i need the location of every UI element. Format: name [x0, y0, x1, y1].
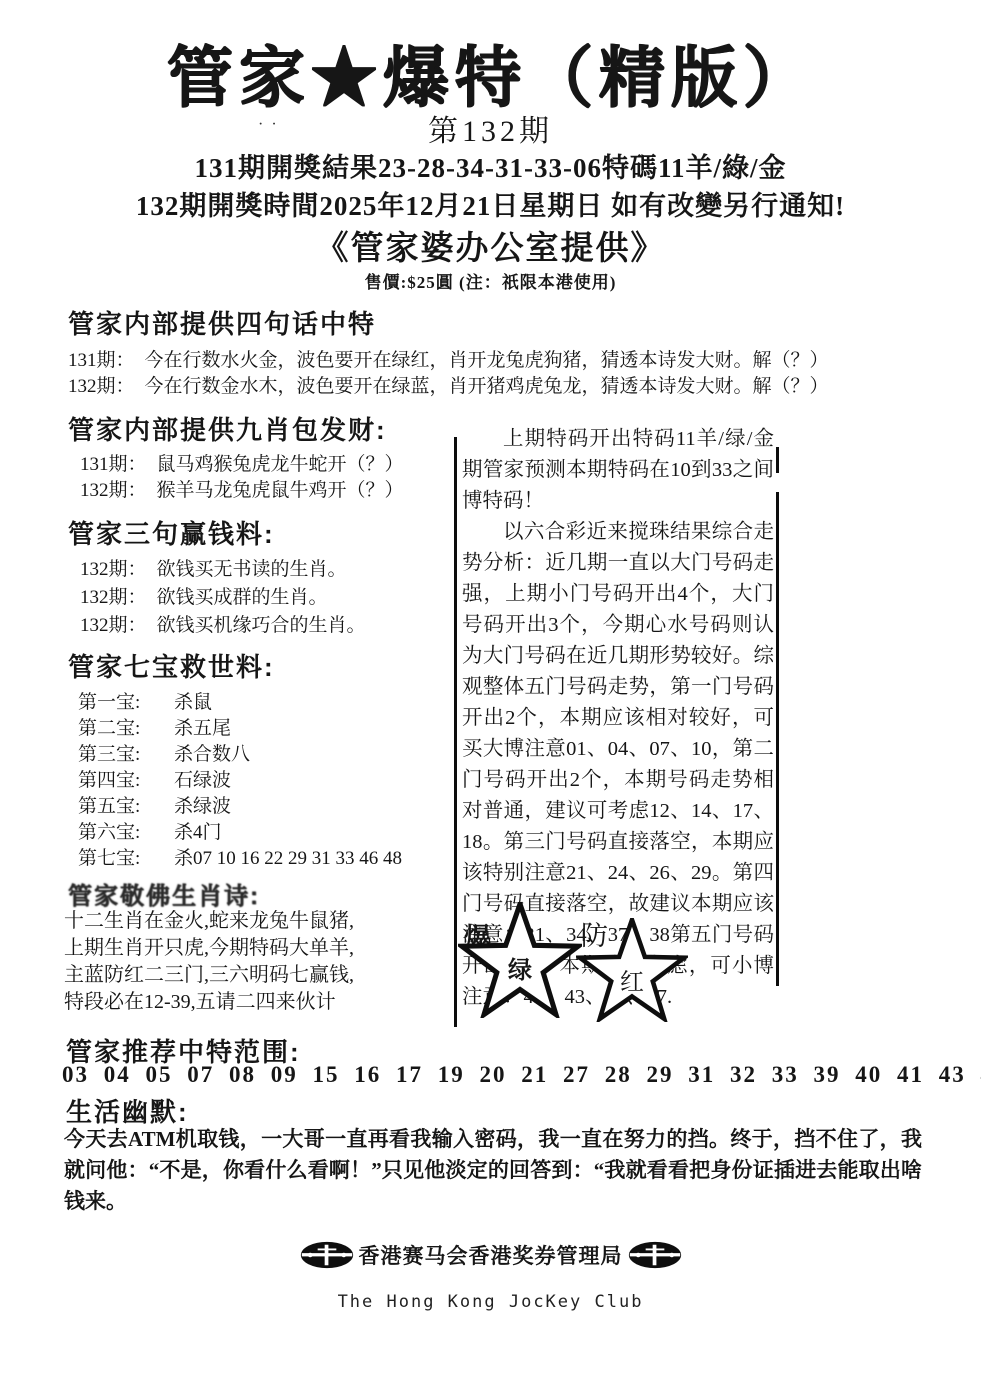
- section-title-three-sentences: 管家三句赢钱料:: [68, 514, 275, 551]
- green-star: 绿: [458, 902, 582, 1018]
- row-label: 131期：: [80, 454, 147, 475]
- treasure-row: 第四宝:石绿波: [78, 768, 402, 794]
- red-star-label: 红: [576, 962, 688, 997]
- row-text: 杀07 10 16 22 29 31 33 46 48: [174, 848, 402, 869]
- row-text: 今在行数水火金，波色要开在绿红，肖开龙兔虎狗猪，猜透本诗发大财。解（？）: [145, 350, 829, 371]
- row-text: 欲钱买无书读的生肖。: [157, 559, 347, 580]
- three-sentences-row: 132期：欲钱买成群的生肖。: [80, 584, 366, 612]
- page-title: 管家★爆特（精版）: [0, 24, 981, 119]
- poem-line: 特段必在12-39,五请二四来伙计: [64, 989, 354, 1016]
- green-star-label: 绿: [458, 950, 582, 985]
- row-text: 杀绿波: [174, 796, 231, 817]
- poem-line: 主蓝防红二三门,三六明码七赢钱,: [64, 962, 354, 989]
- footer-org-name-en: The Hong Kong JocKey Club: [0, 1292, 981, 1312]
- section-title-zodiac-poem: 管家敬佛生肖诗:: [68, 876, 260, 911]
- provider-line: 《管家婆办公室提供》: [0, 222, 981, 269]
- row-text: 杀合数八: [174, 744, 250, 765]
- treasure-row: 第五宝:杀绿波: [78, 794, 402, 820]
- four-sentences-rows: 131期：今在行数水火金，波色要开在绿红，肖开龙兔虎狗猪，猜透本诗发大财。解（？…: [68, 348, 829, 400]
- three-sentences-rows: 132期：欲钱买无书读的生肖。 132期：欲钱买成群的生肖。 132期：欲钱买机…: [80, 556, 366, 640]
- row-text: 鼠马鸡猴兔虎龙牛蛇开（？）: [157, 454, 404, 475]
- red-star: 红: [576, 918, 688, 1020]
- row-text: 欲钱买机缘巧合的生肖。: [157, 615, 366, 636]
- section-title-nine-zodiac: 管家内部提供九肖包发财:: [68, 410, 387, 447]
- zodiac-poem: 十二生肖在金火,蛇来龙兔牛鼠猪, 上期生肖开只虎,今期特码大单羊, 主蓝防红二三…: [64, 908, 354, 1016]
- analysis-paragraph-1: 上期特码开出特码11羊/绿/金期管家预测本期特码在10到33之间博特码！: [462, 424, 774, 517]
- footer-logo-row: 香港赛马会香港奖券管理局: [0, 1240, 981, 1270]
- row-label: 132期：: [68, 376, 135, 397]
- row-text: 石绿波: [174, 770, 231, 791]
- row-text: 今在行数金水木，波色要开在绿蓝，肖开猪鸡虎兔龙，猜透本诗发大财。解（？）: [145, 376, 829, 397]
- row-label: 第七宝:: [78, 846, 164, 872]
- row-text: 杀鼠: [174, 692, 212, 713]
- treasure-row: 第七宝:杀07 10 16 22 29 31 33 46 48: [78, 846, 402, 872]
- issue-number: 第132期: [0, 106, 981, 150]
- recommend-numbers: 03 04 05 07 08 09 15 16 17 19 20 21 27 2…: [62, 1062, 981, 1088]
- price-note: 售價:$25圓 (注：祇限本港使用): [0, 268, 981, 293]
- treasure-row: 第一宝:杀鼠: [78, 690, 402, 716]
- row-label: 第三宝:: [78, 742, 164, 768]
- hkjc-oval-logo-icon: [299, 1240, 355, 1270]
- poem-line: 十二生肖在金火,蛇来龙兔牛鼠猪,: [64, 908, 354, 935]
- row-label: 第五宝:: [78, 794, 164, 820]
- nine-zodiac-rows: 131期：鼠马鸡猴兔虎龙牛蛇开（？） 132期：猴羊马龙兔虎鼠牛鸡开（？）: [80, 452, 404, 504]
- row-text: 杀五尾: [174, 718, 231, 739]
- section-title-seven-treasures: 管家七宝救世料:: [68, 647, 275, 684]
- nine-zodiac-row: 131期：鼠马鸡猴兔虎龙牛蛇开（？）: [80, 452, 404, 478]
- row-label: 132期：: [80, 615, 147, 636]
- row-label: 131期：: [68, 350, 135, 371]
- treasure-row: 第三宝:杀合数八: [78, 742, 402, 768]
- draw-time-line: 132期開獎時間2025年12月21日星期日 如有改變另行通知!: [0, 184, 981, 223]
- three-sentences-row: 132期：欲钱买机缘巧合的生肖。: [80, 612, 366, 640]
- treasure-row: 第六宝:杀4门: [78, 820, 402, 846]
- poem-line: 上期生肖开只虎,今期特码大单羊,: [64, 935, 354, 962]
- left-column-rule: [454, 437, 457, 1027]
- previous-result-line: 131期開獎結果23-28-34-31-33-06特碼11羊/綠/金: [0, 146, 981, 185]
- row-text: 欲钱买成群的生肖。: [157, 587, 328, 608]
- row-text: 猴羊马龙兔虎鼠牛鸡开（？）: [157, 480, 404, 501]
- row-label: 132期：: [80, 559, 147, 580]
- leaflet-page: 管家★爆特（精版） · · 第132期 131期開獎結果23-28-34-31-…: [0, 0, 981, 1388]
- section-title-four-sentences: 管家内部提供四句话中特: [68, 304, 376, 341]
- footer-org-name-cn: 香港赛马会香港奖券管理局: [359, 1240, 623, 1270]
- hkjc-oval-logo-icon: [627, 1240, 683, 1270]
- right-column-rule: [776, 492, 779, 986]
- seven-treasures-rows: 第一宝:杀鼠 第二宝:杀五尾 第三宝:杀合数八 第四宝:石绿波 第五宝:杀绿波 …: [78, 690, 402, 872]
- row-label: 132期：: [80, 587, 147, 608]
- humor-text: 今天去ATM机取钱，一大哥一直再看我输入密码，我一直在努力的挡。终于，挡不住了，…: [64, 1124, 922, 1217]
- row-label: 第一宝:: [78, 690, 164, 716]
- right-column-rule-top: [776, 447, 779, 473]
- nine-zodiac-row: 132期：猴羊马龙兔虎鼠牛鸡开（？）: [80, 478, 404, 504]
- three-sentences-row: 132期：欲钱买无书读的生肖。: [80, 556, 366, 584]
- row-label: 132期：: [80, 480, 147, 501]
- row-label: 第四宝:: [78, 768, 164, 794]
- four-sentences-row: 132期：今在行数金水木，波色要开在绿蓝，肖开猪鸡虎兔龙，猜透本诗发大财。解（？…: [68, 374, 829, 400]
- treasure-row: 第二宝:杀五尾: [78, 716, 402, 742]
- row-label: 第六宝:: [78, 820, 164, 846]
- row-text: 杀4门: [174, 822, 222, 843]
- four-sentences-row: 131期：今在行数水火金，波色要开在绿红，肖开龙兔虎狗猪，猜透本诗发大财。解（？…: [68, 348, 829, 374]
- row-label: 第二宝:: [78, 716, 164, 742]
